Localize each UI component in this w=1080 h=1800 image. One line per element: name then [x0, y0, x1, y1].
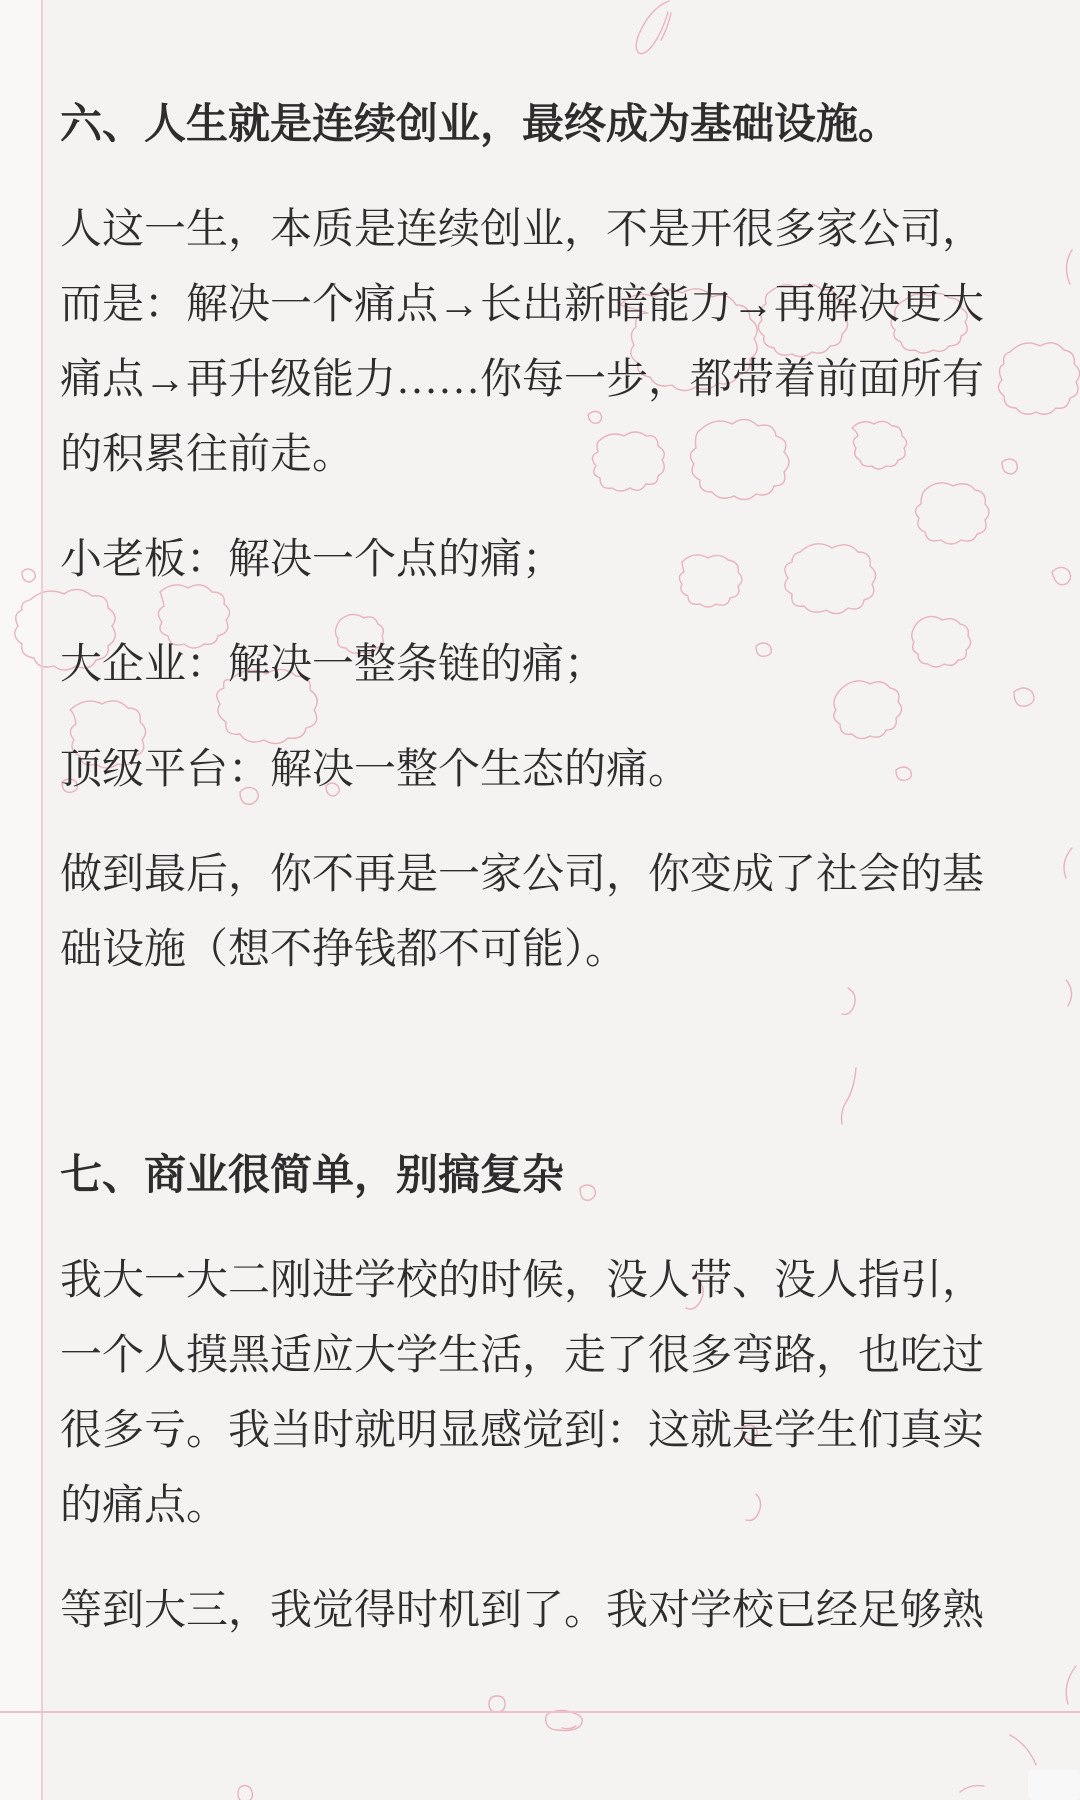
section-heading-seven: 七、商业很简单，别搞复杂 — [60, 1139, 1000, 1214]
paragraph: 做到最后，你不再是一家公司，你变成了社会的基础设施（想不挣钱都不可能）。 — [60, 838, 1000, 988]
paragraph: 我大一大二刚进学校的时候，没人带、没人指引，一个人摸黑适应大学生活，走了很多弯路… — [60, 1244, 1000, 1544]
paragraph: 顶级平台：解决一整个生态的痛。 — [60, 733, 1000, 808]
paragraph: 等到大三，我觉得时机到了。我对学校已经足够熟 — [60, 1574, 1000, 1649]
paragraph: 小老板：解决一个点的痛； — [60, 523, 1000, 598]
section-heading-six: 六、人生就是连续创业，最终成为基础设施。 — [60, 88, 1000, 163]
article-content: 六、人生就是连续创业，最终成为基础设施。 人这一生，本质是连续创业，不是开很多家… — [60, 88, 1000, 1679]
paragraph: 大企业：解决一整条链的痛； — [60, 628, 1000, 703]
baseline-rule-horizontal — [0, 1711, 1080, 1713]
margin-rule-vertical — [41, 0, 43, 1800]
article-page: 六、人生就是连续创业，最终成为基础设施。 人这一生，本质是连续创业，不是开很多家… — [0, 0, 1080, 1800]
paragraph: 人这一生，本质是连续创业，不是开很多家公司，而是：解决一个痛点→长出新暗能力→再… — [60, 193, 1000, 493]
